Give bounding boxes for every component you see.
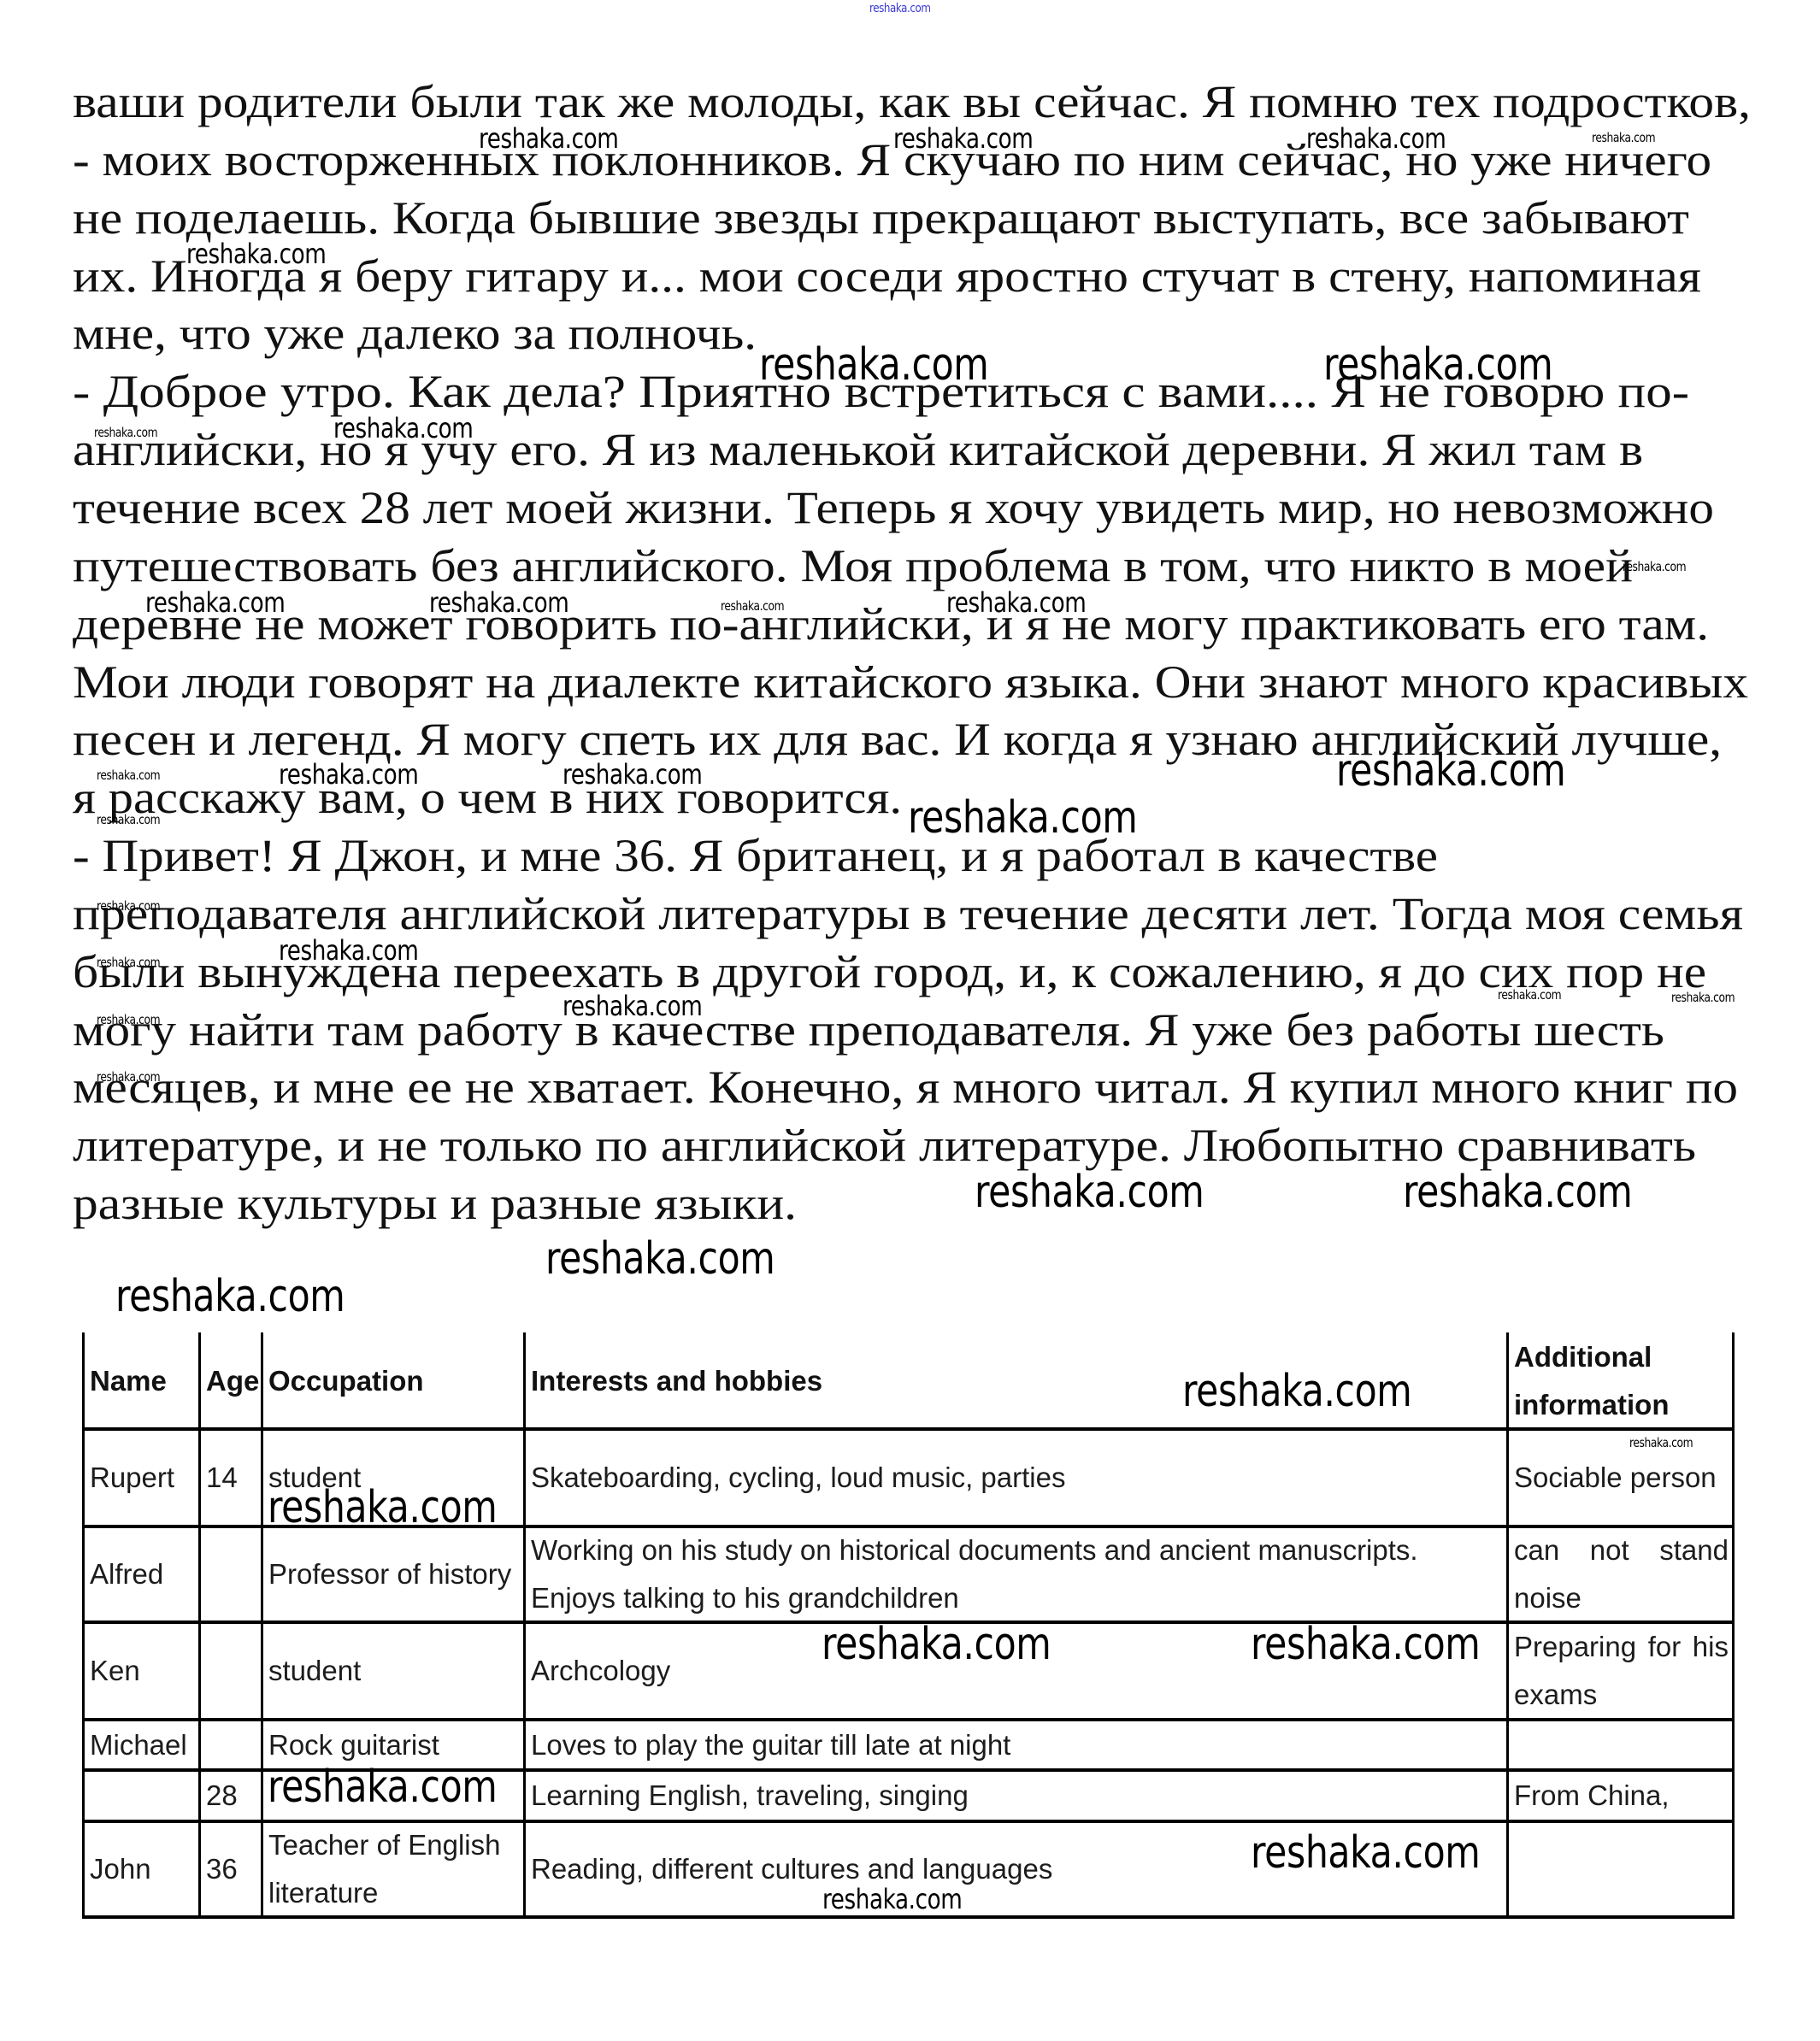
watermark: reshaka.com	[429, 586, 568, 619]
text-line: могу найти там работу в качестве препода…	[73, 1007, 1664, 1053]
watermark: reshaka.com	[1306, 122, 1446, 155]
text-line: английски, но я учу его. Я из маленькой …	[73, 426, 1643, 473]
table-cell-age	[202, 1528, 261, 1620]
table-row-border	[83, 1820, 1735, 1823]
table-cell-occupation: Teacher of English literature	[264, 1823, 523, 1915]
watermark: reshaka.com	[975, 1167, 1204, 1218]
table-cell-age: 14	[202, 1431, 261, 1525]
watermark: reshaka.com	[1323, 339, 1552, 391]
table-cell-age: 28	[202, 1772, 261, 1820]
text-line: литературе, и не только по английской ли…	[73, 1122, 1696, 1168]
table-column-border	[198, 1332, 201, 1919]
watermark: reshaka.com	[562, 758, 702, 791]
watermark: reshaka.com	[97, 955, 160, 970]
table-header-additional: Additional information	[1510, 1335, 1732, 1427]
table-cell-additional: From China,	[1510, 1772, 1732, 1820]
table-row-border	[83, 1718, 1735, 1721]
table-cell-interests: Working on his study on historical docum…	[527, 1528, 1506, 1620]
watermark: reshaka.com	[822, 1619, 1051, 1670]
text-line: ваши родители были так же молоды, как вы…	[73, 79, 1751, 125]
watermark: reshaka.com	[1592, 130, 1655, 145]
watermark: reshaka.com	[145, 586, 285, 619]
watermark: reshaka.com	[97, 898, 160, 914]
table-cell-name: Michael	[85, 1721, 198, 1768]
table-header-name: Name	[85, 1335, 198, 1427]
text-line: путешествовать без английского. Моя проб…	[73, 543, 1633, 589]
watermark: reshaka.com	[186, 238, 326, 270]
watermark: reshaka.com	[893, 122, 1033, 155]
watermark: reshaka.com	[97, 768, 160, 783]
watermark: reshaka.com	[545, 1233, 775, 1285]
text-line: месяцев, и мне ее не хватает. Конечно, я…	[73, 1064, 1738, 1110]
table-column-border	[82, 1332, 85, 1919]
table-cell-name	[85, 1772, 198, 1820]
watermark: reshaka.com	[97, 1012, 160, 1027]
table-cell-name: Ken	[85, 1624, 198, 1718]
watermark: reshaka.com	[268, 1762, 497, 1813]
watermark: reshaka.com	[1498, 987, 1561, 1003]
text-line: не поделаешь. Когда бывшие звезды прекра…	[73, 195, 1689, 241]
watermark: reshaka.com	[759, 339, 988, 391]
text-line: течение всех 28 лет моей жизни. Теперь я…	[73, 485, 1714, 531]
table-column-border	[1732, 1332, 1735, 1919]
text-line: деревне не может говорить по-английски, …	[73, 601, 1709, 647]
watermark: reshaka.com	[479, 122, 618, 155]
table-cell-name: Alfred	[85, 1528, 198, 1620]
table-cell-age	[202, 1721, 261, 1768]
table-header-occupation: Occupation	[264, 1335, 523, 1427]
watermark: reshaka.com	[279, 934, 418, 967]
watermark: reshaka.com	[1403, 1167, 1632, 1218]
text-line: я расскажу вам, о чем в них говорится.	[73, 774, 902, 821]
table-cell-age: 36	[202, 1823, 261, 1915]
table-column-border	[261, 1332, 263, 1919]
table-cell-age	[202, 1624, 261, 1718]
table-column-border	[523, 1332, 526, 1919]
document-page: reshaka.com ваши родители были так же мо…	[0, 0, 1820, 2041]
watermark: reshaka.com	[1251, 1619, 1480, 1670]
table-cell-additional: Sociable person	[1510, 1431, 1732, 1525]
table-cell-additional	[1510, 1721, 1732, 1768]
watermark: reshaka.com	[1336, 745, 1565, 797]
table-column-border	[1506, 1332, 1509, 1919]
watermark: reshaka.com	[908, 792, 1137, 844]
table-cell-interests: Skateboarding, cycling, loud music, part…	[527, 1431, 1506, 1525]
watermark: reshaka.com	[97, 812, 160, 827]
watermark: reshaka.com	[562, 990, 702, 1022]
watermark: reshaka.com	[97, 1069, 160, 1085]
table-header-age: Age	[202, 1335, 261, 1427]
watermark: reshaka.com	[268, 1482, 497, 1533]
table-row-border	[83, 1915, 1735, 1919]
watermark: reshaka.com	[1251, 1827, 1480, 1879]
table-cell-additional: can not stand noise	[1510, 1528, 1732, 1620]
watermark: reshaka.com	[279, 758, 418, 791]
table-cell-occupation: Professor of history	[264, 1528, 523, 1620]
table-cell-additional	[1510, 1823, 1732, 1915]
watermark: reshaka.com	[333, 412, 473, 444]
watermark: reshaka.com	[115, 1271, 345, 1322]
text-line: - моих восторженных поклонников. Я скуча…	[73, 137, 1711, 183]
watermark: reshaka.com	[721, 598, 784, 614]
table-cell-additional: Preparing for his exams	[1510, 1624, 1732, 1718]
text-line: Мои люди говорят на диалекте китайского …	[73, 659, 1748, 705]
watermark: reshaka.com	[1623, 559, 1686, 574]
watermark: reshaka.com	[946, 586, 1086, 619]
watermark: reshaka.com	[1671, 990, 1735, 1005]
text-line: преподавателя английской литературы в те…	[73, 891, 1743, 937]
text-line: - Привет! Я Джон, и мне 36. Я британец, …	[73, 832, 1438, 879]
table-cell-interests: Loves to play the guitar till late at ni…	[527, 1721, 1506, 1768]
table-cell-name: John	[85, 1823, 198, 1915]
watermark: reshaka.com	[822, 1883, 962, 1915]
watermark: reshaka.com	[94, 425, 157, 440]
table-cell-name: Rupert	[85, 1431, 198, 1525]
text-line: мне, что уже далеко за полночь.	[73, 310, 757, 356]
watermark: reshaka.com	[1629, 1435, 1693, 1450]
top-watermark: reshaka.com	[869, 2, 930, 15]
table-row-border	[83, 1427, 1735, 1431]
watermark: reshaka.com	[1182, 1366, 1411, 1417]
table-cell-occupation: student	[264, 1624, 523, 1718]
text-line: разные культуры и разные языки.	[73, 1180, 797, 1226]
table-cell-interests: Learning English, traveling, singing	[527, 1772, 1506, 1820]
